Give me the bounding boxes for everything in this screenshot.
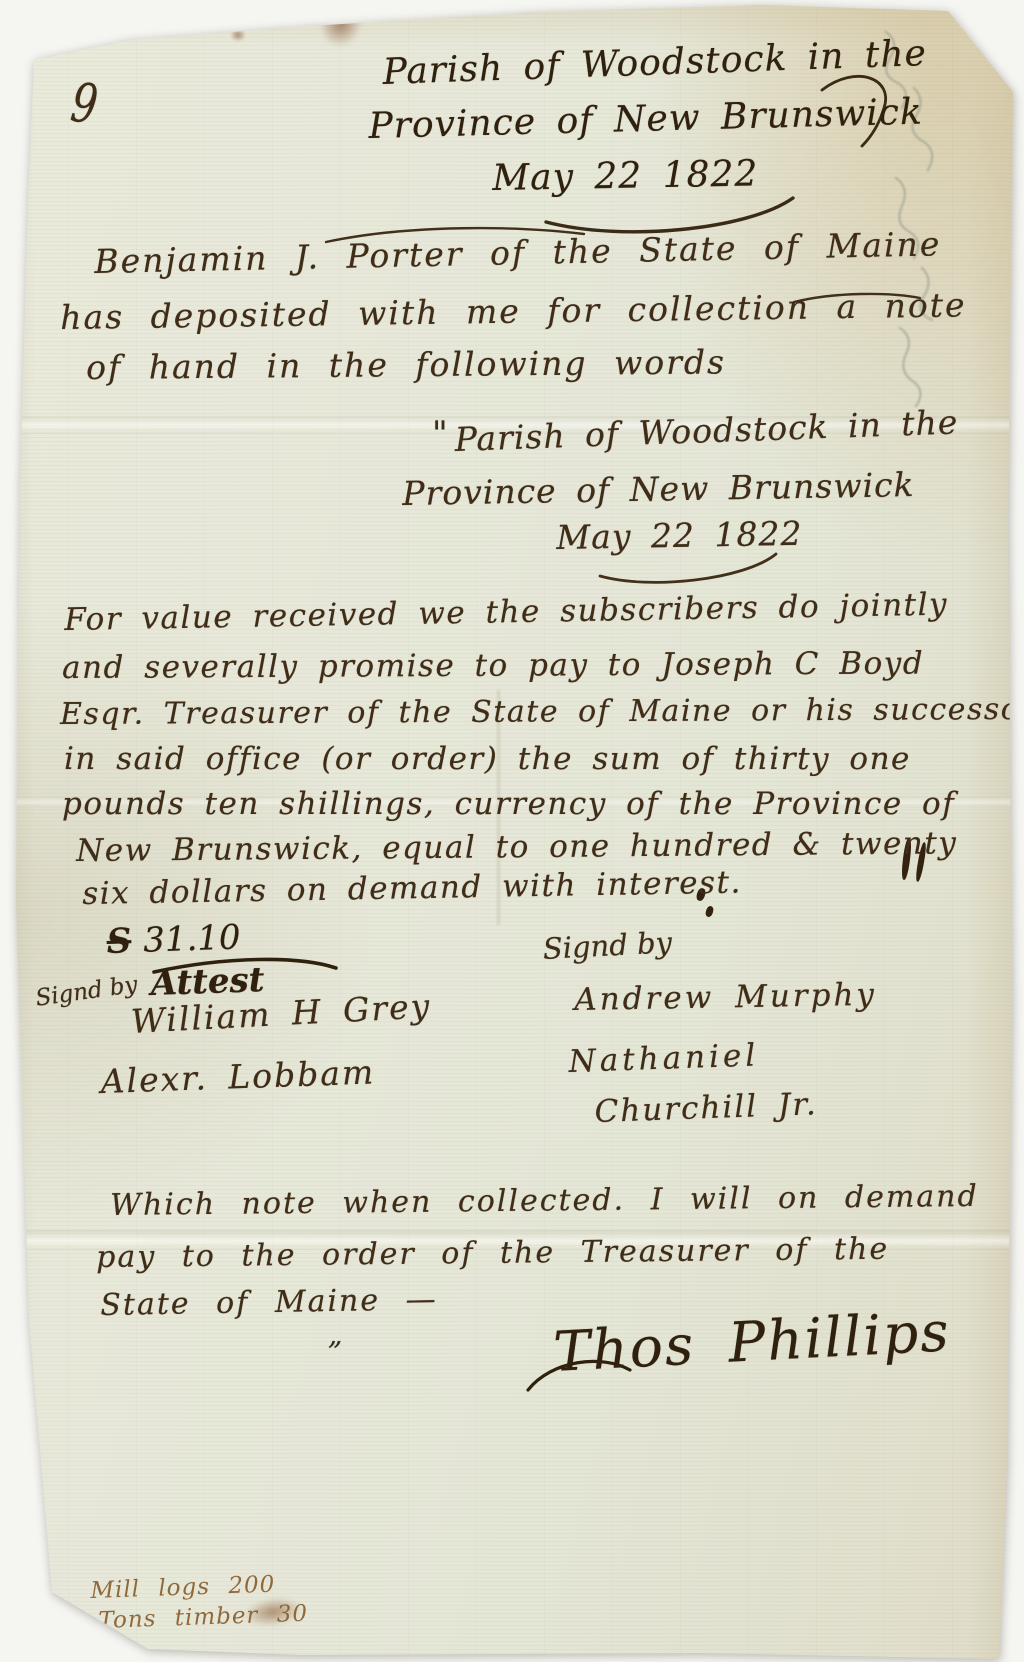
intro-line-2: has deposited with me for collection a n… <box>60 285 967 337</box>
header-province-line: Province of New Brunswick <box>368 91 923 146</box>
scanned-document-page: { "page_mark": "9", "header": { "place":… <box>0 0 1024 1662</box>
note-body-line: in said office (or order) the sum of thi… <box>64 741 911 777</box>
stain-dot <box>230 28 246 42</box>
note-amount: S31.10 <box>106 917 241 962</box>
closing-line-2: pay to the order of the Treasurer of the <box>96 1232 889 1275</box>
signed-by-label-right: Signd by <box>542 925 673 966</box>
docket-note-line: Tons timber 30 <box>98 1601 308 1634</box>
ink-stain-top <box>313 0 369 54</box>
header-place-line: Parish of Woodstock in the <box>382 33 928 93</box>
note-body-line: six dollars on demand with interest. <box>82 864 742 912</box>
amount-value: 31.10 <box>143 917 242 960</box>
witness-name: Alexr. Lobbam <box>100 1052 376 1101</box>
note-header-date-line: May 22 1822 <box>556 514 803 557</box>
signed-by-label-left: Signd by <box>34 972 139 1012</box>
bleedthrough-marks <box>856 18 976 418</box>
page-mark: 9 <box>67 72 101 137</box>
ink-dot-mark <box>704 905 714 918</box>
note-header-place-line: Parish of Woodstock in the <box>454 402 959 459</box>
note-body-line: Esqr. Treasurer of the State of Maine or… <box>60 692 1024 732</box>
intro-line-1: Benjamin J. Porter of the State of Maine <box>94 224 942 281</box>
note-open-quote: " <box>432 414 448 454</box>
currency-symbol: S <box>106 921 132 962</box>
intro-line-3: of hand in the following words <box>86 342 726 387</box>
closing-line-1: Which note when collected. I will on dem… <box>110 1179 979 1223</box>
note-body-line: New Brunswick, equal to one hundred & tw… <box>76 825 957 869</box>
signer-name: Nathaniel <box>568 1037 760 1080</box>
paper-sheet: 9 Parish of Woodstock in the Province of… <box>0 0 1024 1662</box>
note-body-line: pounds ten shillings, currency of the Pr… <box>62 786 955 822</box>
signer-name: Andrew Murphy <box>574 977 877 1018</box>
note-close-quote: „ <box>328 1318 343 1351</box>
docket-note-line: Mill logs 200 <box>90 1572 276 1604</box>
note-body-line: For value received we the subscribers do… <box>64 587 948 638</box>
closing-line-3: State of Maine — <box>100 1282 438 1323</box>
main-signature: Thos Phillips <box>552 1299 952 1384</box>
paper-sheet-wrapper: 9 Parish of Woodstock in the Province of… <box>0 0 1024 1662</box>
note-body-line: and severally promise to pay to Joseph C… <box>62 645 924 686</box>
signer-name: Churchill Jr. <box>594 1086 818 1130</box>
note-header-province-line: Province of New Brunswick <box>402 465 915 513</box>
header-date-line: May 22 1822 <box>492 153 759 199</box>
